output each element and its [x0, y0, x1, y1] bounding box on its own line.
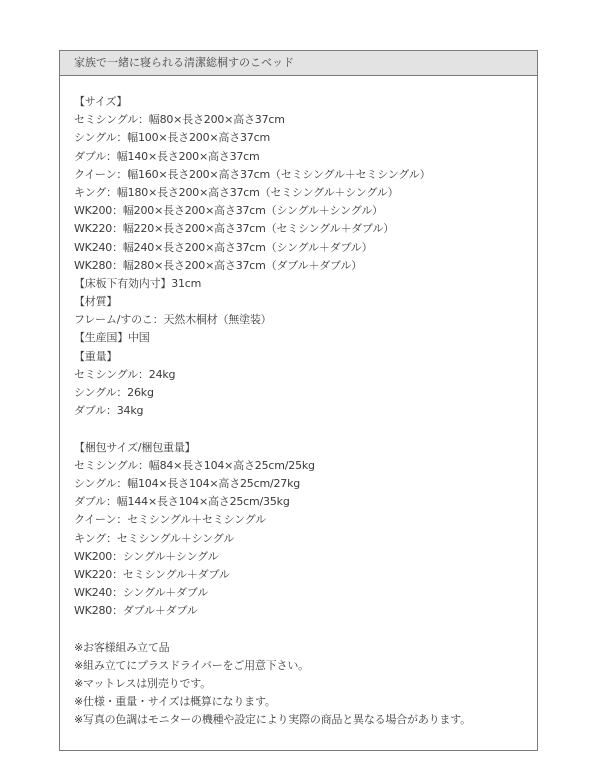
- spacer: [74, 620, 531, 638]
- spec-box: 家族で一緒に寝られる清潔総桐すのこベッド 【サイズ】 セミシングル：幅80×長さ…: [59, 50, 538, 751]
- package-item: WK280：ダブル＋ダブル: [74, 602, 531, 620]
- note-item: ※マットレスは別売りです。: [74, 675, 531, 693]
- spec-content: 【サイズ】 セミシングル：幅80×長さ200×高さ37cm シングル：幅100×…: [74, 93, 531, 730]
- material-item: フレーム/すのこ：天然木桐材（無塗装）: [74, 311, 531, 329]
- clearance-text: 【床板下有効内寸】31cm: [74, 275, 531, 293]
- package-item: ダブル：幅144×長さ104×高さ25cm/35kg: [74, 493, 531, 511]
- size-item: WK240：幅240×長さ200×高さ37cm（シングル＋ダブル）: [74, 239, 531, 257]
- spec-box-header: 家族で一緒に寝られる清潔総桐すのこベッド: [60, 51, 537, 76]
- package-item: WK200：シングル＋シングル: [74, 548, 531, 566]
- size-item: キング：幅180×長さ200×高さ37cm（セミシングル＋シングル）: [74, 184, 531, 202]
- note-item: ※お客様組み立て品: [74, 639, 531, 657]
- package-item: WK220：セミシングル＋ダブル: [74, 566, 531, 584]
- weight-item: ダブル：34kg: [74, 402, 531, 420]
- size-item: ダブル：幅140×長さ200×高さ37cm: [74, 148, 531, 166]
- package-item: WK240：シングル＋ダブル: [74, 584, 531, 602]
- package-item: クイーン：セミシングル＋セミシングル: [74, 511, 531, 529]
- size-item: シングル：幅100×長さ200×高さ37cm: [74, 129, 531, 147]
- weight-item: セミシングル：24kg: [74, 366, 531, 384]
- spacer: [74, 420, 531, 438]
- package-item: シングル：幅104×長さ104×高さ25cm/27kg: [74, 475, 531, 493]
- size-item: セミシングル：幅80×長さ200×高さ37cm: [74, 111, 531, 129]
- size-item: WK200：幅200×長さ200×高さ37cm（シングル＋シングル）: [74, 202, 531, 220]
- material-heading: 【材質】: [74, 293, 531, 311]
- weight-item: シングル：26kg: [74, 384, 531, 402]
- size-item: WK220：幅220×長さ200×高さ37cm（セミシングル＋ダブル）: [74, 220, 531, 238]
- size-item: WK280：幅280×長さ200×高さ37cm（ダブル＋ダブル）: [74, 257, 531, 275]
- package-item: キング：セミシングル＋シングル: [74, 530, 531, 548]
- note-item: ※写真の色調はモニターの機種や設定により実際の商品と異なる場合があります。: [74, 711, 531, 729]
- size-heading: 【サイズ】: [74, 93, 531, 111]
- size-item: クイーン：幅160×長さ200×高さ37cm（セミシングル＋セミシングル）: [74, 166, 531, 184]
- note-item: ※仕様・重量・サイズは概算になります。: [74, 693, 531, 711]
- weight-heading: 【重量】: [74, 348, 531, 366]
- package-heading: 【梱包サイズ/梱包重量】: [74, 439, 531, 457]
- package-item: セミシングル：幅84×長さ104×高さ25cm/25kg: [74, 457, 531, 475]
- origin-text: 【生産国】中国: [74, 329, 531, 347]
- note-item: ※組み立てにプラスドライバーをご用意下さい。: [74, 657, 531, 675]
